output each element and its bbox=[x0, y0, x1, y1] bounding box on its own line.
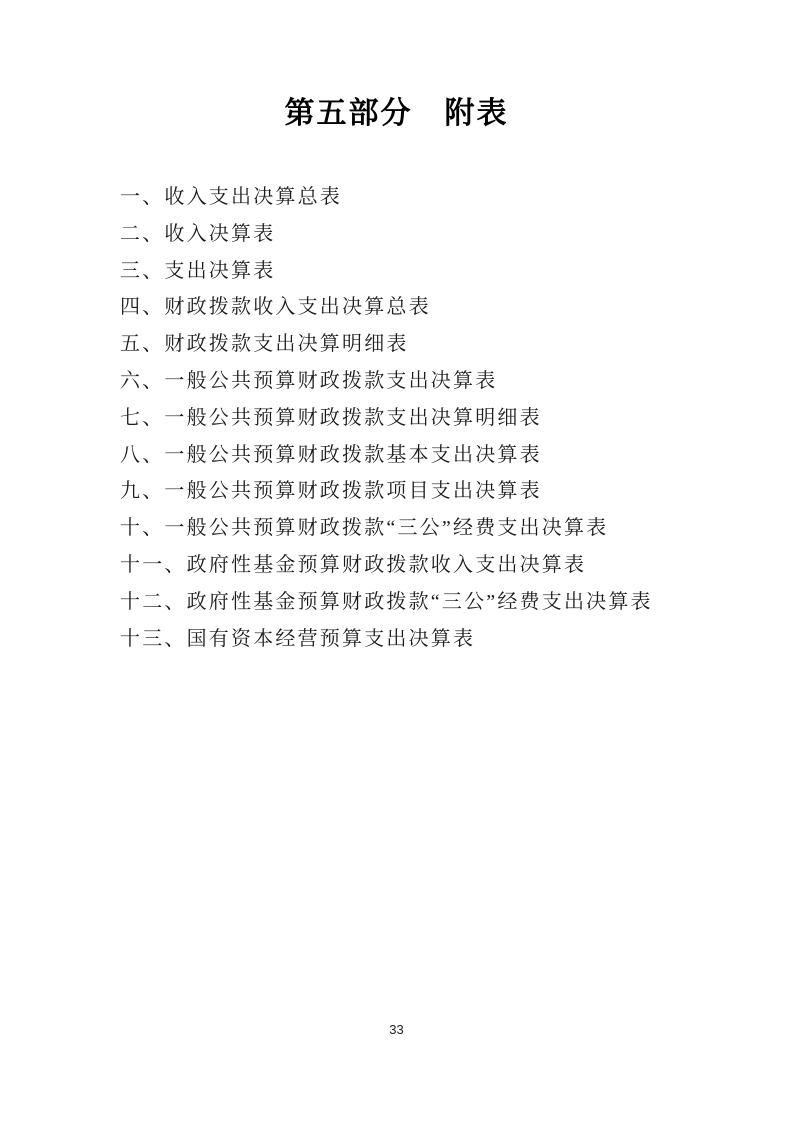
toc-item-10: 十、一般公共预算财政拨款“三公”经费支出决算表 bbox=[120, 510, 753, 547]
toc-item-5: 五、财政拨款支出决算明细表 bbox=[120, 326, 753, 363]
toc-list: 一、收入支出决算总表 二、收入决算表 三、支出决算表 四、财政拨款收入支出决算总… bbox=[120, 179, 753, 657]
toc-item-3: 三、支出决算表 bbox=[120, 253, 753, 290]
document-page: 第五部分 附表 一、收入支出决算总表 二、收入决算表 三、支出决算表 四、财政拨… bbox=[0, 0, 793, 1122]
page-title: 第五部分 附表 bbox=[0, 94, 793, 134]
toc-item-8: 八、一般公共预算财政拨款基本支出决算表 bbox=[120, 437, 753, 474]
toc-item-4: 四、财政拨款收入支出决算总表 bbox=[120, 289, 753, 326]
toc-item-7: 七、一般公共预算财政拨款支出决算明细表 bbox=[120, 400, 753, 437]
toc-item-9: 九、一般公共预算财政拨款项目支出决算表 bbox=[120, 473, 753, 510]
toc-item-11: 十一、政府性基金预算财政拨款收入支出决算表 bbox=[120, 547, 753, 584]
toc-item-1: 一、收入支出决算总表 bbox=[120, 179, 753, 216]
toc-item-12: 十二、政府性基金预算财政拨款“三公”经费支出决算表 bbox=[120, 584, 753, 621]
toc-item-2: 二、收入决算表 bbox=[120, 216, 753, 253]
page-number: 33 bbox=[0, 1021, 793, 1039]
toc-item-6: 六、一般公共预算财政拨款支出决算表 bbox=[120, 363, 753, 400]
toc-item-13: 十三、国有资本经营预算支出决算表 bbox=[120, 621, 753, 658]
